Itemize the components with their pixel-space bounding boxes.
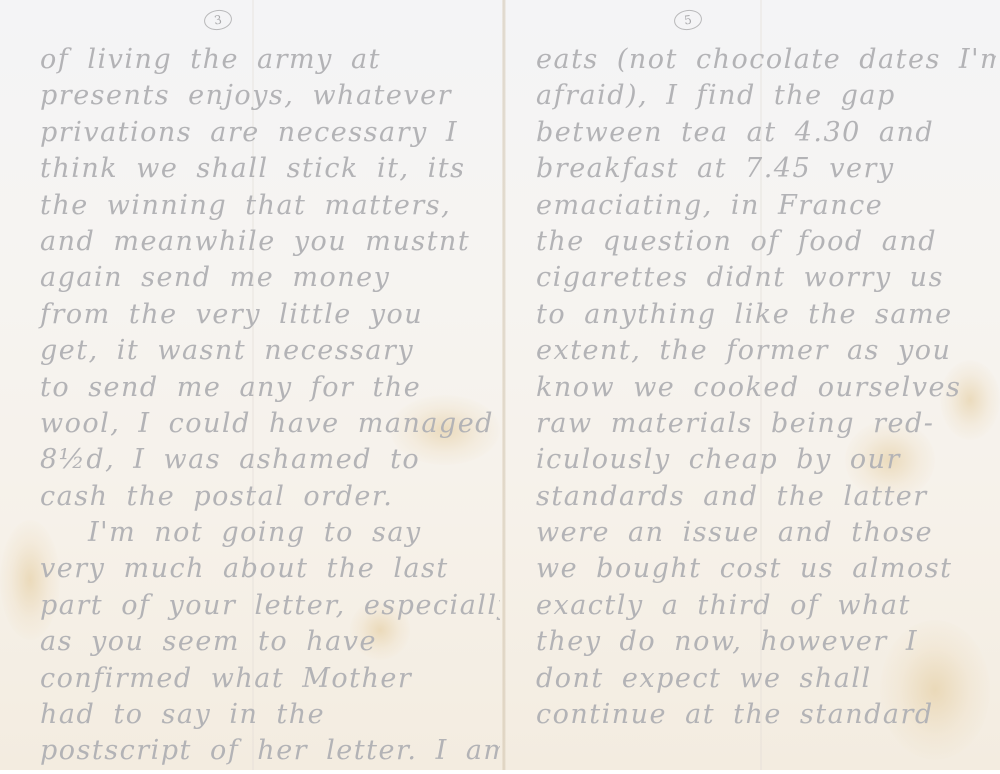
text-line: we bought cost us almost [508,551,996,587]
text-line: part of your letter, especially [8,588,500,624]
text-line: from the very little you [8,297,500,333]
text-line: I'm not going to say [8,515,500,551]
text-line: they do now, however I [508,624,996,660]
right-page: 5 eats (not chocolate dates I'm afraid),… [508,0,996,770]
text-line: as you seem to have [8,624,500,660]
text-line: were an issue and those [508,515,996,551]
text-line: to send me any for the [8,370,500,406]
text-line: eats (not chocolate dates I'm [508,42,996,78]
text-line: between tea at 4.30 and [508,115,996,151]
text-line: wool, I could have managed [8,406,500,442]
handwritten-lines: eats (not chocolate dates I'm afraid), I… [508,42,996,733]
page-number: 5 [673,8,704,32]
text-line: extent, the former as you [508,333,996,369]
text-line: postscript of her letter. I am [8,733,500,769]
text-line: dont expect we shall [508,661,996,697]
text-line: had to say in the [8,697,500,733]
text-line: raw materials being red- [508,406,996,442]
text-line: the winning that matters, [8,188,500,224]
text-line: cash the postal order. [8,479,500,515]
letter-sheet: 3 of living the army at presents enjoys,… [0,0,1000,770]
text-line: privations are necessary I [8,115,500,151]
center-fold [502,0,506,770]
text-line: presents enjoys, whatever [8,78,500,114]
text-line: the question of food and [508,224,996,260]
text-line: and meanwhile you mustnt [8,224,500,260]
text-line: think we shall stick it, its [8,151,500,187]
text-line: exactly a third of what [508,588,996,624]
text-line: cigarettes didnt worry us [508,260,996,296]
page-number: 3 [203,8,234,32]
left-page: 3 of living the army at presents enjoys,… [8,0,500,770]
text-line: of living the army at [8,42,500,78]
text-line: know we cooked ourselves [508,370,996,406]
text-line: continue at the standard [508,697,996,733]
text-line: 8½d, I was ashamed to [8,442,500,478]
text-line: get, it wasnt necessary [8,333,500,369]
text-line: again send me money [8,260,500,296]
text-line: breakfast at 7.45 very [508,151,996,187]
text-line: to anything like the same [508,297,996,333]
text-line: standards and the latter [508,479,996,515]
text-line: afraid), I find the gap [508,78,996,114]
text-line: emaciating, in France [508,188,996,224]
handwritten-lines: of living the army at presents enjoys, w… [8,42,500,770]
text-line: confirmed what Mother [8,661,500,697]
text-line: very much about the last [8,551,500,587]
text-line: iculously cheap by our [508,442,996,478]
